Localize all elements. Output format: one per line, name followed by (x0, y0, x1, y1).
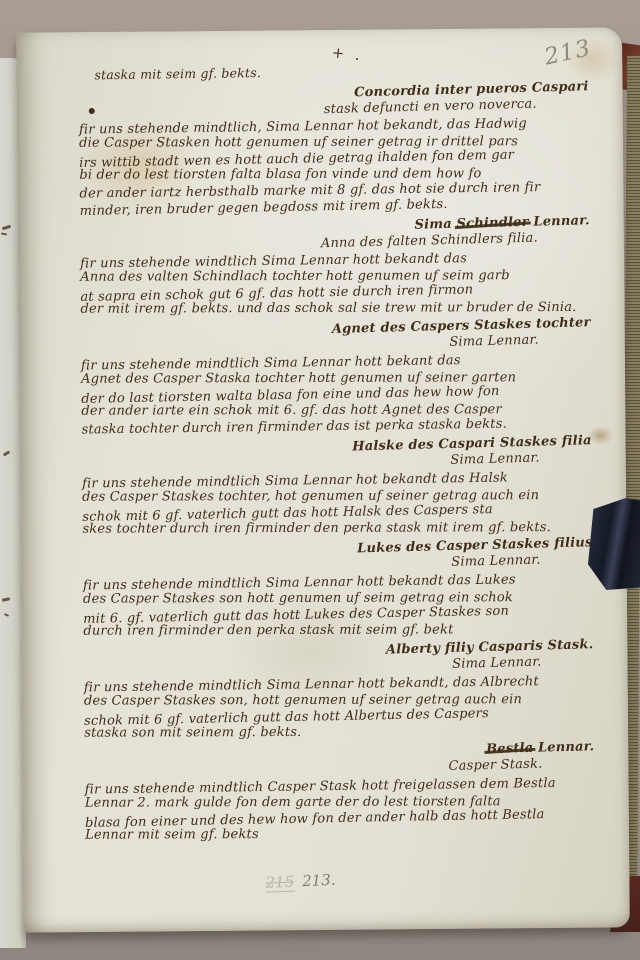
record-paragraph: fir uns stehende mindtlich Sima Lennar h… (84, 674, 623, 743)
stray-ink-mark (1, 232, 7, 235)
struck-word: Schindler (456, 215, 528, 232)
record-paragraph: fir uns stehende mindtlich Sima Lennar h… (81, 352, 620, 437)
record-heading: Halske des Caspari Staskes filiaSima Len… (82, 437, 620, 474)
manuscript-photo-scene: 213 + .staska mit seim gf. bekts.Concord… (0, 0, 640, 960)
record-paragraph: fir uns stehende mindtlich, Sima Lennar … (79, 116, 618, 217)
stray-ink-mark (3, 450, 11, 456)
struck-page-number: 215 (265, 872, 294, 892)
handwritten-text: Casper Stask. (448, 757, 542, 774)
manuscript-page: 213 + .staska mit seim gf. bekts.Concord… (16, 27, 630, 932)
record-paragraph-line: der mit irem gf. bekts. und das schok sa… (80, 300, 618, 318)
handwritten-text: Sima Lennar. (450, 451, 540, 468)
record-paragraph: fir uns stehende mindtlich Sima Lennar h… (82, 470, 621, 539)
record-heading: Bestla Lennar.Casper Stask. (84, 743, 622, 780)
handwritten-text: + . (331, 43, 364, 64)
handwritten-text: bi der do lest tiorsten falta blasa fon … (79, 166, 481, 182)
handwritten-text: der ander iarte ein schok mit 6. gf. das… (81, 402, 502, 418)
page-number: 213. (302, 871, 336, 890)
handwritten-text: der mit irem gf. bekts. und das schok sa… (80, 300, 576, 317)
handwritten-text: Lennar. (533, 739, 594, 756)
record-paragraph-line: durch iren firminder den perka stask mit… (83, 622, 621, 640)
record-heading: Concordia inter pueros Casparistask defu… (79, 83, 617, 120)
handwritten-text: staska son mit seinem gf. bekts. (84, 725, 301, 741)
handwritten-text: Sima (414, 217, 456, 233)
record-heading: Agnet des Caspers Staskes tochterSima Le… (81, 319, 619, 356)
stray-ink-mark (2, 597, 10, 602)
record-paragraph-line: skes tochter durch iren firminder den pe… (82, 520, 620, 538)
record-paragraph-line: Lennar mit seim gf. bekts (85, 826, 623, 844)
handwritten-text: staska tochter durch iren firminder das … (81, 417, 507, 438)
record-paragraph-line: staska son mit seinem gf. bekts. (84, 724, 622, 742)
record-paragraph: fir uns stehende windtlich Sima Lennar h… (80, 250, 619, 319)
handwritten-text: Lennar. (528, 213, 589, 230)
handwritten-text: Sima Lennar. (451, 553, 541, 570)
handwritten-text: skes tochter durch iren firminder den pe… (82, 520, 551, 537)
stray-ink-mark (2, 225, 11, 231)
record-paragraph: fir uns stehende mindtlich Sima Lennar h… (83, 572, 622, 641)
handwritten-text: Sima Lennar. (449, 333, 539, 350)
handwritten-text: Lennar mit seim gf. bekts (85, 827, 259, 843)
handwritten-text: durch iren firminder den perka stask mit… (83, 622, 453, 638)
struck-word: Bestla (486, 741, 534, 757)
record-heading: Alberty filiy Casparis Stask.Sima Lennar… (83, 641, 621, 678)
handwritten-text: Sima Lennar. (452, 655, 542, 672)
manuscript-text: + .staska mit seim gf. bekts.Concordia i… (78, 43, 623, 850)
bottom-pencil-numbers: 215213. (265, 871, 336, 892)
record-paragraph: fir uns stehende mindtlich Casper Stask … (85, 776, 624, 845)
handwritten-text: staska mit seim gf. bekts. (94, 65, 261, 82)
record-heading: Sima Schindler Lennar.Anna des falten Sc… (80, 217, 618, 254)
stray-ink-mark (4, 613, 9, 617)
record-heading: Lukes des Casper Staskes filiusSima Lenn… (83, 539, 621, 576)
